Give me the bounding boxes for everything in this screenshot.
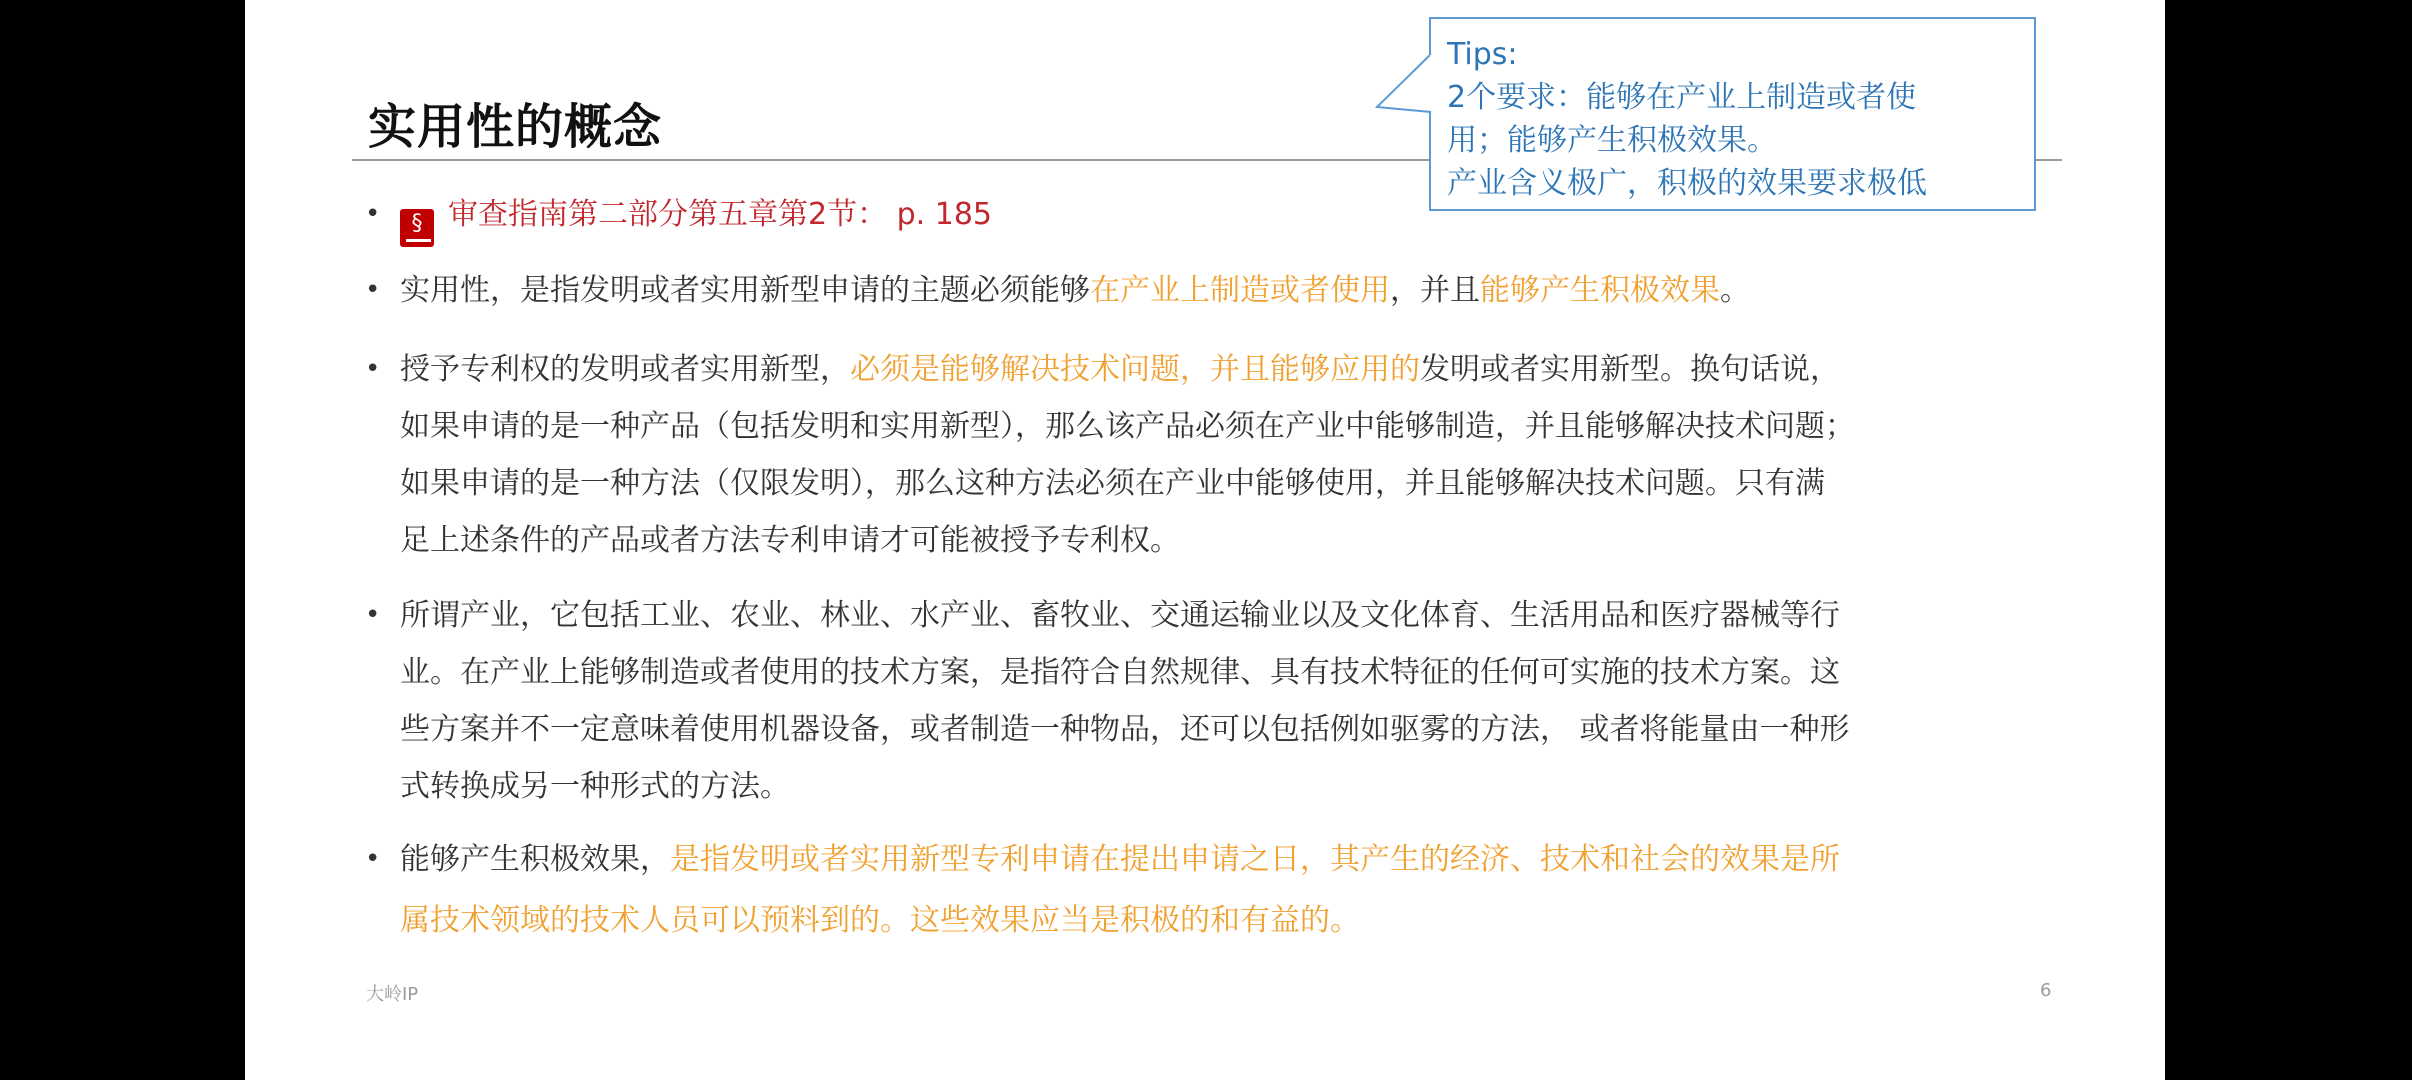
tips-callout: Tips: 2个要求：能够在产业上制造或者使 用；能够产生积极效果。 产业含义极… xyxy=(1429,17,2036,211)
text-segment: 。 xyxy=(1720,273,1750,308)
bullet-dot: • xyxy=(365,262,395,319)
text-line: 如果申请的是一种产品（包括发明和实用新型），那么该产品必须在产业中能够制造，并且… xyxy=(400,398,2060,455)
bullet-text: 授予专利权的发明或者实用新型，必须是能够解决技术问题，并且能够应用的发明或者实用… xyxy=(400,341,2060,569)
book-section-icon: § xyxy=(400,209,434,247)
bullet-dot: • xyxy=(365,341,395,398)
highlight-line: 属技术领域的技术人员可以预料到的。这些效果应当是积极的和有益的。 xyxy=(400,890,2060,951)
callout-line: 产业含义极广，积极的效果要求极低 xyxy=(1447,162,2018,205)
slide: 实用性的概念 Tips: 2个要求：能够在产业上制造或者使 用；能够产生积极效果… xyxy=(245,0,2165,1080)
text-line: 些方案并不一定意味着使用机器设备，或者制造一种物品，还可以包括例如驱雾的方法， … xyxy=(400,701,2060,758)
callout-line: 2个要求：能够在产业上制造或者使 xyxy=(1447,76,2018,119)
bullet-dot: • xyxy=(365,186,395,243)
bullet-text: 所谓产业，它包括工业、农业、林业、水产业、畜牧业、交通运输业以及文化体育、生活用… xyxy=(400,587,2060,815)
text-line: 所谓产业，它包括工业、农业、林业、水产业、畜牧业、交通运输业以及文化体育、生活用… xyxy=(400,587,2060,644)
callout-tail xyxy=(1374,52,1434,114)
footer-brand: 大岭IP xyxy=(366,980,418,1006)
highlight-segment: 必须是能够解决技术问题，并且能够应用的 xyxy=(850,352,1420,387)
page-number: 6 xyxy=(2040,980,2051,1001)
text-line: 式转换成另一种形式的方法。 xyxy=(400,758,2060,815)
callout-line: 用；能够产生积极效果。 xyxy=(1447,119,2018,162)
bullet-dot: • xyxy=(365,587,395,644)
text-segment: 实用性，是指发明或者实用新型申请的主题必须能够 xyxy=(400,273,1090,308)
callout-line: Tips: xyxy=(1447,33,2018,76)
highlight-segment: 能够产生积极效果 xyxy=(1480,273,1720,308)
highlight-segment: 在产业上制造或者使用 xyxy=(1090,273,1390,308)
text-line: 如果申请的是一种方法（仅限发明），那么这种方法必须在产业中能够使用，并且能够解决… xyxy=(400,455,2060,512)
bullet-text: 实用性，是指发明或者实用新型申请的主题必须能够在产业上制造或者使用，并且能够产生… xyxy=(400,262,2060,319)
text-segment: 能够产生积极效果， xyxy=(400,842,670,877)
highlight-segment: 是指发明或者实用新型专利申请在提出申请之日，其产生的经济、技术和社会的效果是所 xyxy=(670,842,1840,877)
text-line: 业。在产业上能够制造或者使用的技术方案，是指符合自然规律、具有技术特征的任何可实… xyxy=(400,644,2060,701)
bullet-dot: • xyxy=(365,829,395,890)
text-segment: 发明或者实用新型。换句话说， xyxy=(1420,352,1840,387)
text-segment: 授予专利权的发明或者实用新型， xyxy=(400,352,850,387)
text-segment: ，并且 xyxy=(1390,273,1480,308)
text-line: 足上述条件的产品或者方法专利申请才可能被授予专利权。 xyxy=(400,512,2060,569)
slide-title: 实用性的概念 xyxy=(368,88,662,157)
bullet-text: 能够产生积极效果，是指发明或者实用新型专利申请在提出申请之日，其产生的经济、技术… xyxy=(400,829,2060,951)
reference-text: 审查指南第二部分第五章第2节： p. 185 xyxy=(448,197,992,232)
